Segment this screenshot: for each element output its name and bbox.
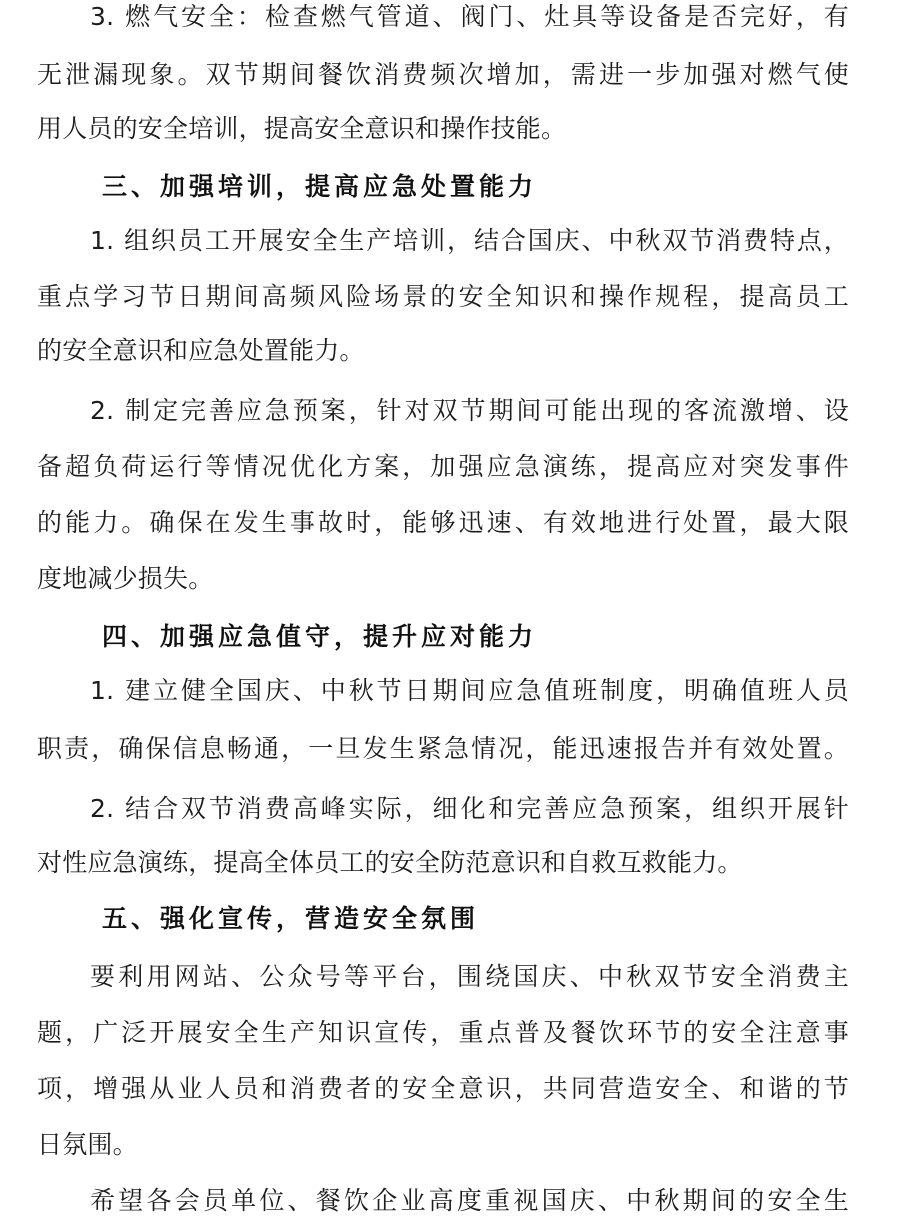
paragraph-line: 用人员的安全培训，提高安全意识和操作技能。 bbox=[37, 113, 849, 145]
section-heading: 三、加强培训，提高应急处置能力 bbox=[102, 171, 537, 203]
paragraph-line: 要利用网站、公众号等平台，围绕国庆、中秋双节安全消费主 bbox=[90, 961, 849, 993]
paragraph-line: 度地减少损失。 bbox=[37, 563, 849, 595]
paragraph-line: 日氛围。 bbox=[37, 1129, 849, 1161]
paragraph-line: 希望各会员单位、餐饮企业高度重视国庆、中秋期间的安全生 bbox=[90, 1185, 849, 1217]
section-heading: 五、强化宣传，营造安全氛围 bbox=[102, 903, 479, 935]
paragraph-line: 1. 组织员工开展安全生产培训，结合国庆、中秋双节消费特点， bbox=[90, 225, 849, 257]
paragraph-line: 的安全意识和应急处置能力。 bbox=[37, 335, 849, 367]
paragraph-line: 职责，确保信息畅通，一旦发生紧急情况，能迅速报告并有效处置。 bbox=[37, 733, 849, 765]
paragraph-line: 1. 建立健全国庆、中秋节日期间应急值班制度，明确值班人员 bbox=[90, 675, 849, 707]
paragraph-line: 重点学习节日期间高频风险场景的安全知识和操作规程，提高员工 bbox=[37, 281, 849, 313]
paragraph-line: 项，增强从业人员和消费者的安全意识，共同营造安全、和谐的节 bbox=[37, 1073, 849, 1105]
paragraph-line: 3. 燃气安全：检查燃气管道、阀门、灶具等设备是否完好，有 bbox=[90, 1, 849, 33]
paragraph-line: 备超负荷运行等情况优化方案，加强应急演练，提高应对突发事件 bbox=[37, 451, 849, 483]
paragraph-line: 2. 结合双节消费高峰实际，细化和完善应急预案，组织开展针 bbox=[90, 793, 849, 825]
section-heading: 四、加强应急值守，提升应对能力 bbox=[102, 621, 537, 653]
paragraph-line: 题，广泛开展安全生产知识宣传，重点普及餐饮环节的安全注意事 bbox=[37, 1017, 849, 1049]
paragraph-line: 2. 制定完善应急预案，针对双节期间可能出现的客流激增、设 bbox=[90, 395, 849, 427]
paragraph-line: 的能力。确保在发生事故时，能够迅速、有效地进行处置，最大限 bbox=[37, 507, 849, 539]
document-page: 3. 燃气安全：检查燃气管道、阀门、灶具等设备是否完好，有 无泄漏现象。双节期间… bbox=[0, 0, 900, 1224]
paragraph-line: 无泄漏现象。双节期间餐饮消费频次增加，需进一步加强对燃气使 bbox=[37, 59, 849, 91]
paragraph-line: 对性应急演练，提高全体员工的安全防范意识和自救互救能力。 bbox=[37, 847, 849, 879]
